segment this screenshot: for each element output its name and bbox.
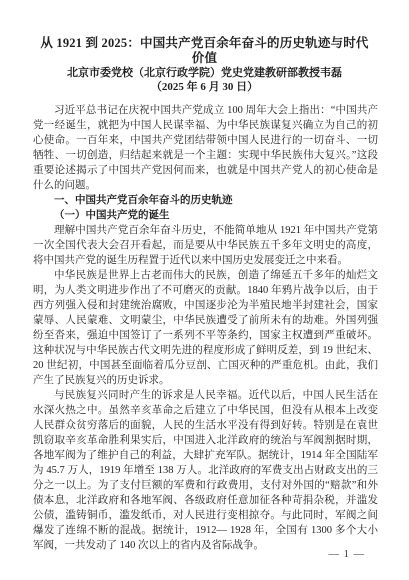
paragraph-national-crisis: 中华民族是世界上古老而伟大的民族，创造了绵延五千多年的灿烂文明，为人类文明进步作…	[33, 268, 378, 388]
page-number: — 1 —	[329, 549, 366, 560]
document-page: 从 1921 到 2025：中国共产党百余年奋斗的历史轨迹与时代 价值 北京市委…	[0, 0, 409, 580]
paragraph-people-happiness: 与民族复兴同时产生的诉求是人民幸福。近代以后，中国人民生活在水深火热之中。虽然辛…	[33, 388, 378, 553]
paragraph-understanding-history: 理解中国共产党百余年奋斗历史，不能简单地从 1921 年中国共产党第一次全国代表…	[33, 223, 378, 268]
section-heading-1-1: （一）中国共产党的诞生	[33, 208, 378, 223]
document-date-line: （2025 年 6 月 30 日）	[0, 80, 409, 94]
document-author-line: 北京市委党校（北京行政学院）党史党建教研部教授韦磊	[0, 66, 409, 80]
document-title-line-1: 从 1921 到 2025：中国共产党百余年奋斗的历史轨迹与时代	[0, 36, 409, 51]
document-title-line-2: 价值	[0, 51, 409, 66]
document-body: 习近平总书记在庆祝中国共产党成立 100 周年大会上指出：“中国共产党一经诞生，…	[33, 103, 378, 553]
section-heading-1: 一、中国共产党百余年奋斗的历史轨迹	[33, 193, 378, 208]
paragraph-xi-quote: 习近平总书记在庆祝中国共产党成立 100 周年大会上指出：“中国共产党一经诞生，…	[33, 103, 378, 193]
document-header: 从 1921 到 2025：中国共产党百余年奋斗的历史轨迹与时代 价值 北京市委…	[0, 0, 409, 94]
